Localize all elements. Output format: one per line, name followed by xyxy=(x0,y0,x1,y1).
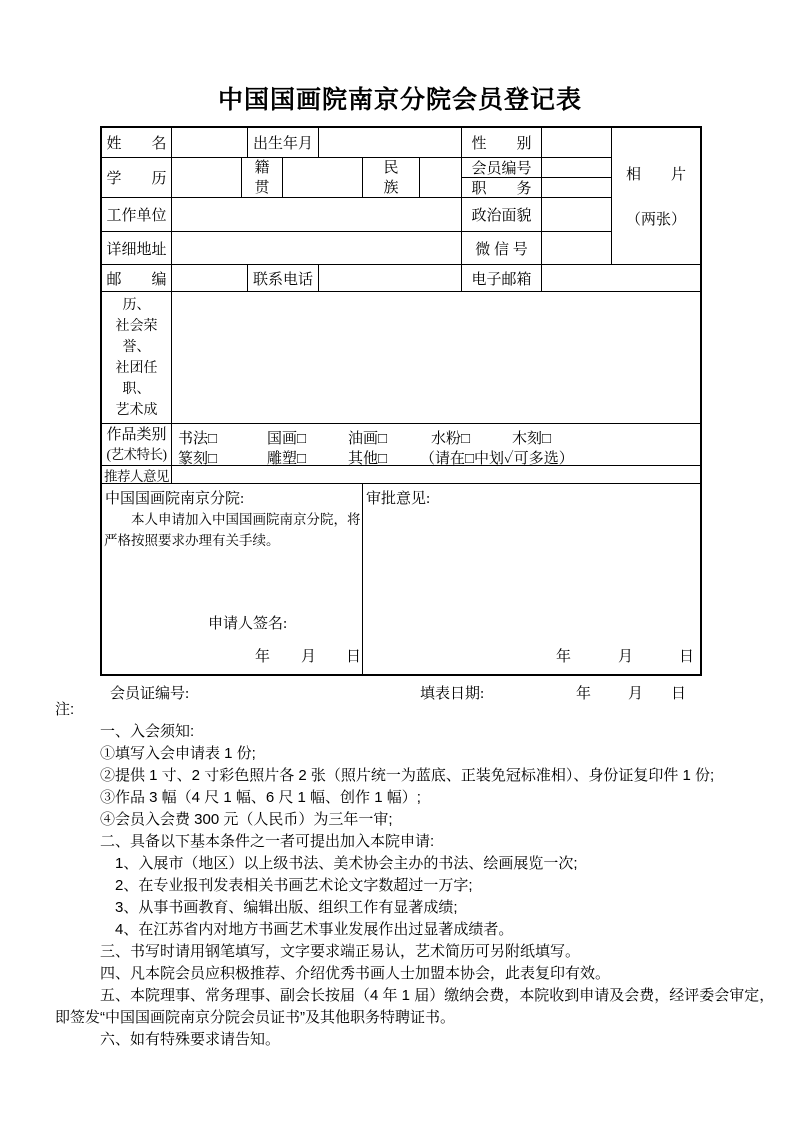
photo-area[interactable]: 相 片 （两张） xyxy=(612,128,700,265)
name-field[interactable] xyxy=(172,128,248,158)
works-category-label: 作品类别 (艺术特长) xyxy=(102,424,172,466)
email-field[interactable] xyxy=(542,265,700,292)
month-label: 月 xyxy=(618,645,633,666)
political-status-field[interactable] xyxy=(542,198,612,232)
year-label: 年 xyxy=(556,645,571,666)
note-line: ①填写入会申请表 1 份; xyxy=(55,743,770,765)
note-line: 2、在专业报刊发表相关书画艺术论文字数超过一万字; xyxy=(55,875,770,897)
checkbox-other[interactable]: 其他□ xyxy=(348,447,387,466)
address-field[interactable] xyxy=(172,232,462,265)
referee-opinion-label: 推荐人意见 xyxy=(102,466,172,484)
note-line: 四、凡本院会员应积极推荐、介绍优秀书画人士加盟本协会，此表复印有效。 xyxy=(55,963,770,985)
application-body-line2: 严格按照要求办理有关手续。 xyxy=(102,530,362,551)
photo-label: 相 片 xyxy=(626,163,686,184)
work-unit-field[interactable] xyxy=(172,198,462,232)
registration-form-page: 中国国画院南京分院会员登记表 姓 名 出生年月 性 别 相 片 （两张） 学 历… xyxy=(0,0,800,1131)
applicant-signature-label: 申请人签名: xyxy=(208,612,287,633)
note-line: ②提供 1 寸、2 寸彩色照片各 2 张（照片统一为蓝底、正装免冠标准相）、身份… xyxy=(55,765,770,787)
checkbox-chinese-painting[interactable]: 国画□ xyxy=(267,427,306,448)
education-label: 学 历 xyxy=(102,158,172,198)
checkbox-gouache[interactable]: 水粉□ xyxy=(431,427,470,448)
phone-label: 联系电话 xyxy=(248,265,319,292)
month-label: 月 xyxy=(301,645,316,666)
note-line: 4、在江苏省内对地方书画艺术事业发展作出过显著成绩者。 xyxy=(55,919,770,941)
birth-date-field[interactable] xyxy=(319,128,462,158)
checkbox-calligraphy[interactable]: 书法□ xyxy=(178,427,217,448)
note-line: 三、书写时请用钢笔填写，文字要求端正易认，艺术简历可另附纸填写。 xyxy=(55,941,770,963)
address-label: 详细地址 xyxy=(102,232,172,265)
application-salutation: 中国国画院南京分院: xyxy=(102,484,362,509)
works-category-options: 书法□ 国画□ 油画□ 水粉□ 木刻□ 篆刻□ 雕塑□ 其他□ （请在□中划✓可… xyxy=(172,424,700,466)
art-resume-label: 艺术简历、 社会荣誉、 社团任职、 艺术成果。 xyxy=(102,292,172,424)
ethnicity-label: 民族 xyxy=(363,158,420,198)
day-label: 日 xyxy=(346,645,361,666)
note-line: ③作品 3 幅（4 尺 1 幅、6 尺 1 幅、创作 1 幅）; xyxy=(55,787,770,809)
birth-date-label: 出生年月 xyxy=(248,128,319,158)
position-field[interactable] xyxy=(542,178,612,198)
ethnicity-field[interactable] xyxy=(420,158,462,198)
day-label: 日 xyxy=(679,645,694,666)
note-line: 二、具备以下基本条件之一者可提出加入本院申请: xyxy=(55,831,770,853)
photo-count-label: （两张） xyxy=(626,208,686,229)
note-line: 一、入会须知: xyxy=(55,721,770,743)
political-status-label: 政治面貌 xyxy=(462,198,542,232)
member-no-field[interactable] xyxy=(542,158,612,178)
email-label: 电子邮箱 xyxy=(462,265,542,292)
note-line: 五、本院理事、常务理事、副会长按届（4 年 1 届）缴纳会费，本院收到申请及会费… xyxy=(55,985,770,1007)
native-place-label: 籍贯 xyxy=(242,158,283,198)
multi-select-note: （请在□中划✓可多选） xyxy=(420,447,574,466)
application-body-line1: 本人申请加入中国国画院南京分院，将 xyxy=(102,509,362,530)
position-label: 职 务 xyxy=(462,178,542,198)
education-field[interactable] xyxy=(172,158,242,198)
art-resume-field[interactable] xyxy=(172,292,700,424)
name-label: 姓 名 xyxy=(102,128,172,158)
phone-field[interactable] xyxy=(319,265,462,292)
note-line: 3、从事书画教育、编辑出版、组织工作有显著成绩; xyxy=(55,897,770,919)
application-statement-cell: 中国国画院南京分院: 本人申请加入中国国画院南京分院，将 严格按照要求办理有关手… xyxy=(102,484,363,674)
approval-opinion-cell[interactable]: 审批意见: 年 月 日 xyxy=(363,484,700,674)
checkbox-seal-carving[interactable]: 篆刻□ xyxy=(178,447,217,466)
notes-section: 注: 一、入会须知: ①填写入会申请表 1 份; ②提供 1 寸、2 寸彩色照片… xyxy=(55,699,770,1051)
checkbox-woodcut[interactable]: 木刻□ xyxy=(512,427,551,448)
gender-label: 性 别 xyxy=(462,128,542,158)
approval-opinion-label: 审批意见: xyxy=(363,484,700,509)
referee-opinion-field[interactable] xyxy=(172,466,700,484)
postcode-label: 邮 编 xyxy=(102,265,172,292)
notes-heading: 注: xyxy=(55,699,770,721)
page-title: 中国国画院南京分院会员登记表 xyxy=(0,80,800,116)
note-line: ④会员入会费 300 元（人民币）为三年一审; xyxy=(55,809,770,831)
year-label: 年 xyxy=(255,645,270,666)
member-no-label: 会员编号 xyxy=(462,158,542,178)
postcode-field[interactable] xyxy=(172,265,248,292)
wechat-field[interactable] xyxy=(542,232,612,265)
note-line: 1、入展市（地区）以上级书法、美术协会主办的书法、绘画展览一次; xyxy=(55,853,770,875)
checkbox-oil-painting[interactable]: 油画□ xyxy=(348,427,387,448)
wechat-label: 微 信 号 xyxy=(462,232,542,265)
gender-field[interactable] xyxy=(542,128,612,158)
note-line: 即签发“中国国画院南京分院会员证书”及其他职务特聘证书。 xyxy=(55,1007,770,1029)
form-table: 姓 名 出生年月 性 别 相 片 （两张） 学 历 籍贯 民族 会员编号 职 务… xyxy=(100,126,702,676)
work-unit-label: 工作单位 xyxy=(102,198,172,232)
checkbox-sculpture[interactable]: 雕塑□ xyxy=(267,447,306,466)
note-line: 六、如有特殊要求请告知。 xyxy=(55,1029,770,1051)
native-place-field[interactable] xyxy=(283,158,363,198)
